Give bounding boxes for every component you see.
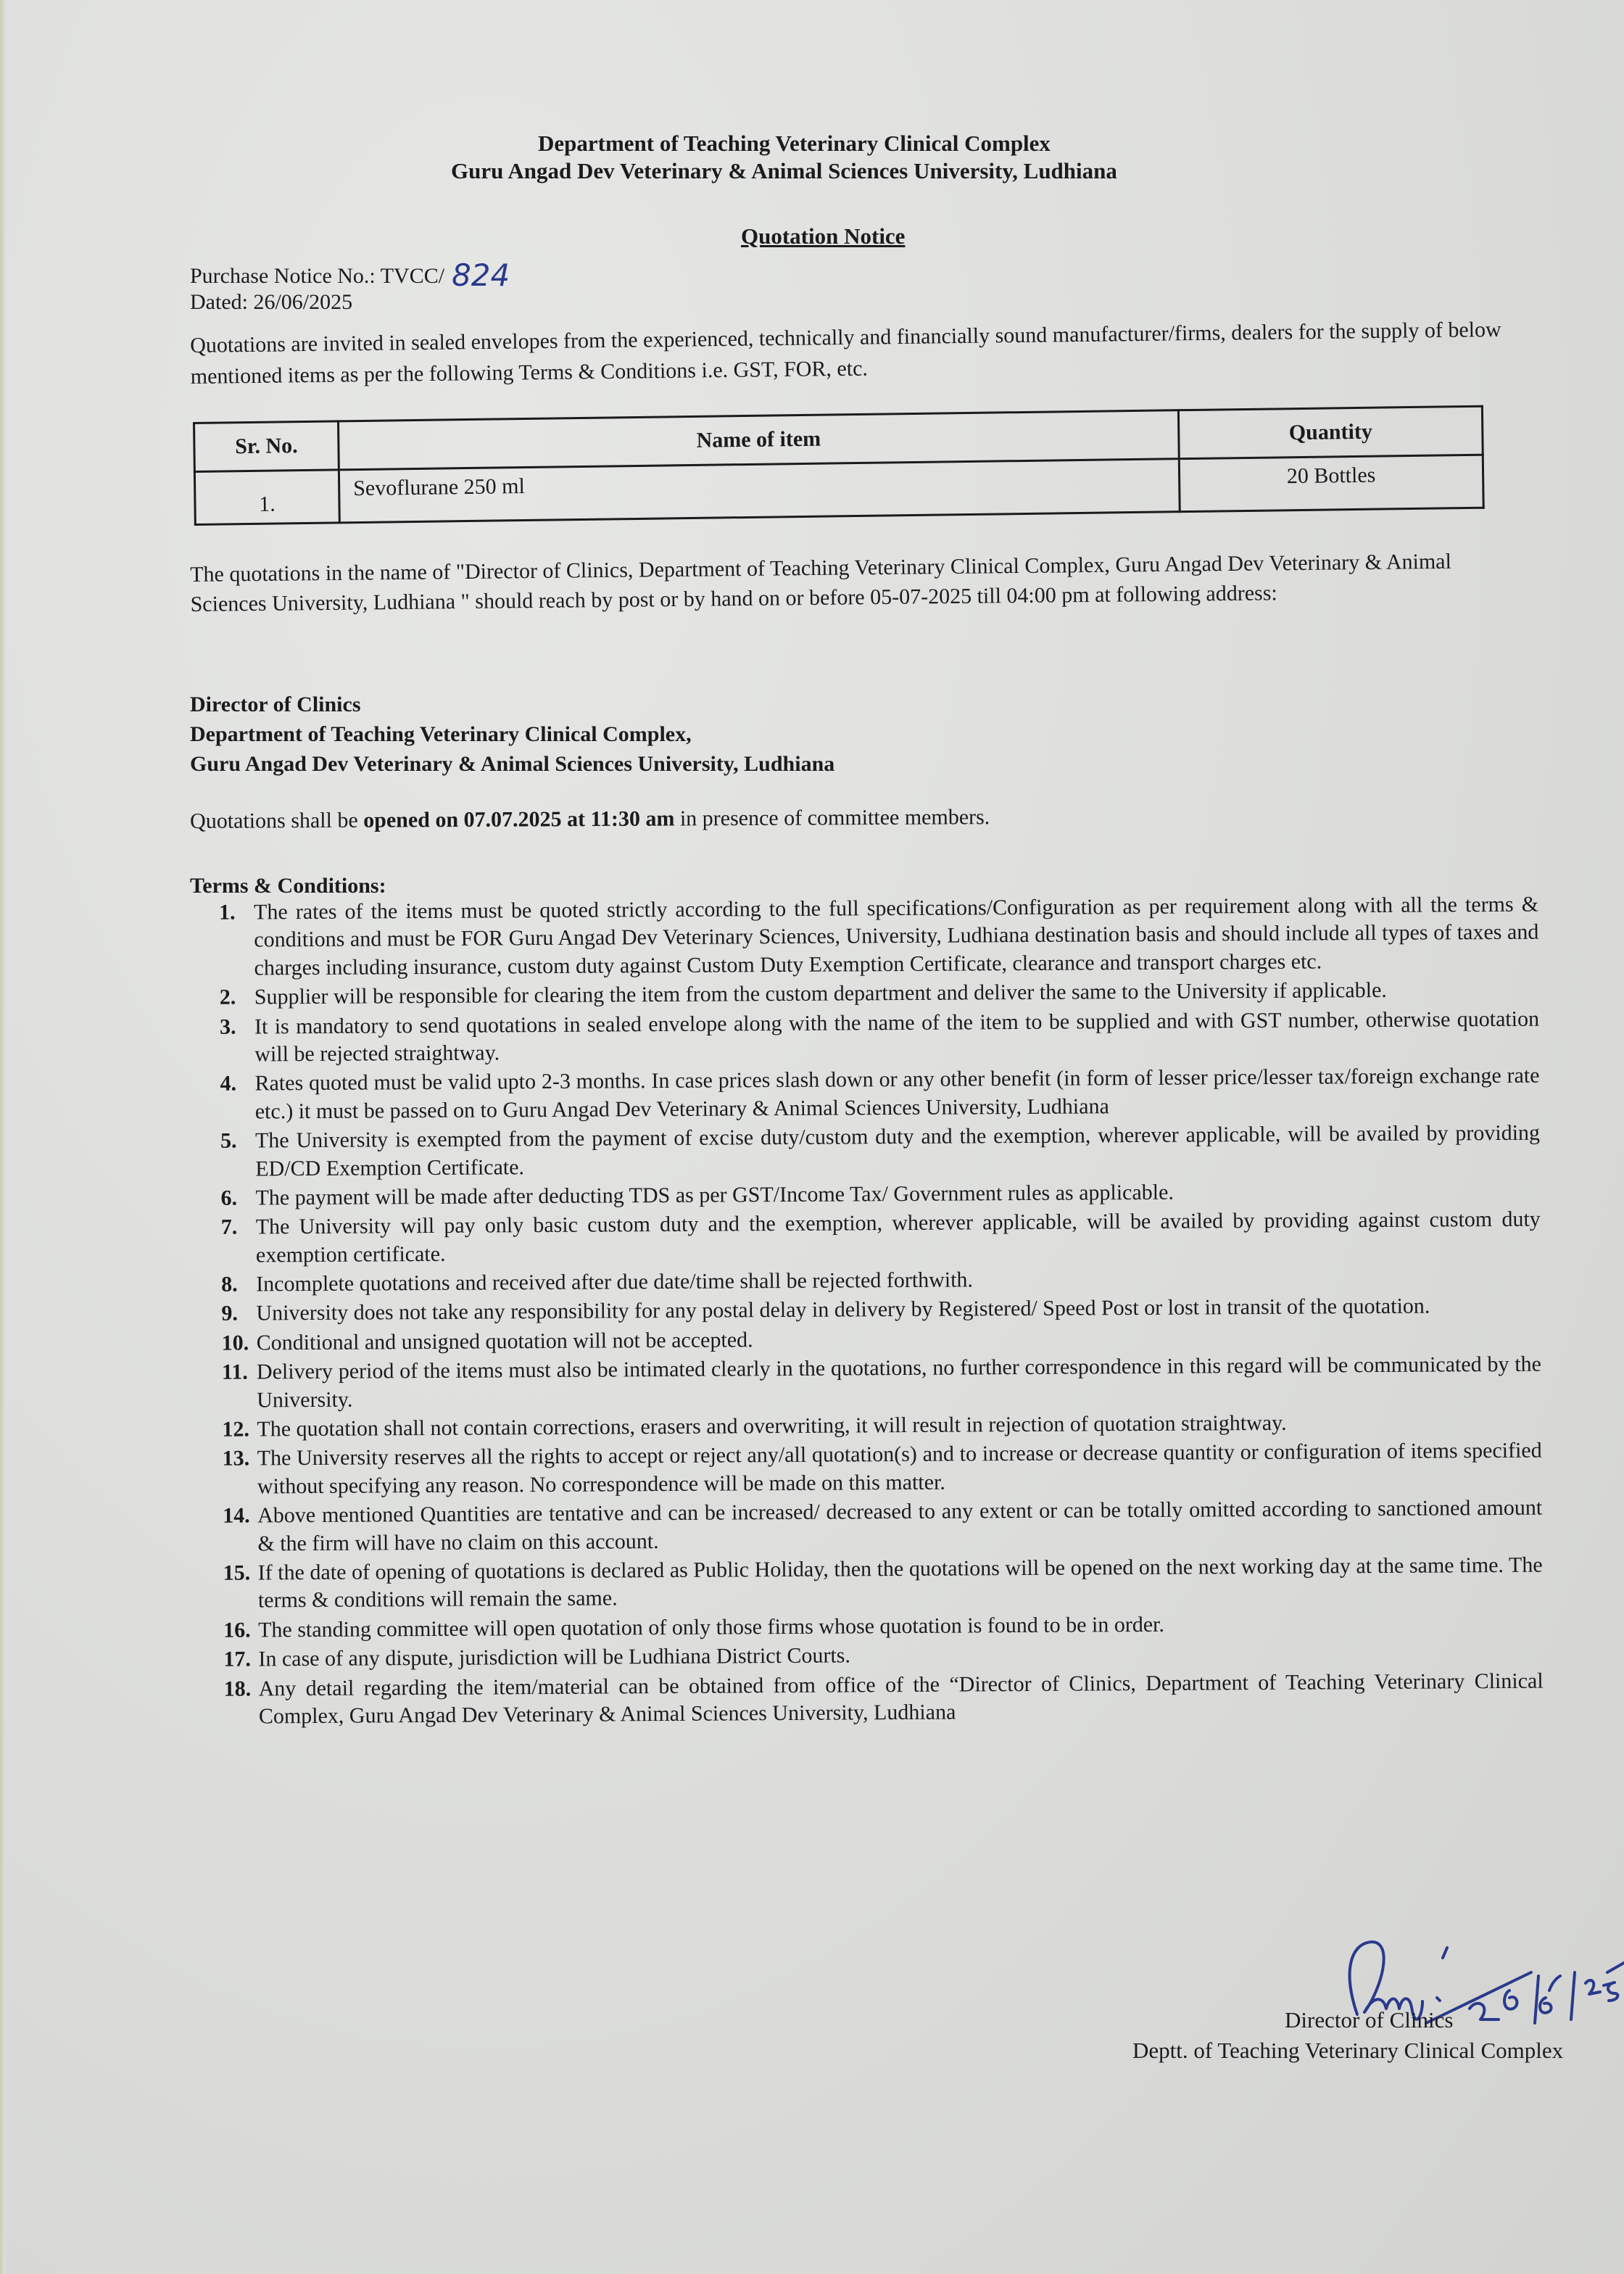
term-item: 18.Any detail regarding the item/materia…: [224, 1667, 1544, 1731]
term-text: Delivery period of the items must also b…: [257, 1352, 1541, 1412]
opening-suffix: in presence of committee members.: [674, 805, 990, 830]
term-number: 11.: [222, 1359, 248, 1387]
term-number: 9.: [221, 1300, 238, 1328]
page-title: Quotation Notice: [741, 223, 905, 249]
term-text: The payment will be made after deducting…: [255, 1181, 1174, 1210]
col-sr-no: Sr. No.: [194, 421, 339, 472]
cell-quantity: 20 Bottles: [1179, 455, 1483, 511]
term-item: 13.The University reserves all the right…: [223, 1437, 1542, 1501]
signatory-department: Deptt. of Teaching Veterinary Clinical C…: [1132, 2038, 1563, 2064]
university-heading: Guru Angad Dev Veterinary & Animal Scien…: [451, 158, 1117, 184]
opening-date-time: opened on 07.07.2025 at 11:30 am: [363, 807, 674, 832]
term-text: If the date of opening of quotations is …: [258, 1553, 1543, 1613]
purchase-notice-number: Purchase Notice No.: TVCC/824: [190, 257, 510, 293]
term-item: 14.Above mentioned Quantities are tentat…: [223, 1494, 1542, 1558]
term-text: The University will pay only basic custo…: [256, 1207, 1541, 1267]
signatory-role: Director of Clinics: [1285, 2007, 1453, 2033]
term-text: The rates of the items must be quoted st…: [254, 893, 1538, 980]
term-text: In case of any dispute, jurisdiction wil…: [258, 1644, 850, 1671]
paper-document: Department of Teaching Veterinary Clinic…: [0, 0, 1624, 2274]
term-number: 3.: [220, 1013, 236, 1041]
terms-list: 1.The rates of the items must be quoted …: [190, 891, 1544, 1733]
term-text: Any detail regarding the item/material c…: [259, 1669, 1544, 1728]
term-number: 12.: [222, 1416, 249, 1444]
address-line: Guru Angad Dev Veterinary & Animal Scien…: [190, 750, 1509, 780]
opening-prefix: Quotations shall be: [190, 809, 363, 833]
term-number: 10.: [222, 1329, 249, 1357]
term-item: 7.The University will pay only basic cus…: [221, 1206, 1541, 1270]
terms-heading: Terms & Conditions:: [190, 874, 386, 898]
col-quantity: Quantity: [1178, 406, 1483, 458]
term-number: 13.: [223, 1445, 250, 1473]
term-item: 1.The rates of the items must be quoted …: [219, 891, 1539, 983]
intro-paragraph: Quotations are invited in sealed envelop…: [190, 315, 1510, 392]
term-text: The standing committee will open quotati…: [258, 1613, 1164, 1642]
department-heading: Department of Teaching Veterinary Clinic…: [538, 131, 1051, 157]
address-line: Director of Clinics: [190, 690, 1509, 720]
term-text: Conditional and unsigned quotation will …: [257, 1328, 753, 1355]
term-number: 7.: [221, 1214, 238, 1242]
cell-item-name: Sevoflurane 250 ml: [339, 459, 1180, 523]
term-text: It is mandatory to send quotations in se…: [254, 1006, 1539, 1066]
term-text: Supplier will be responsible for clearin…: [254, 978, 1387, 1009]
term-number: 18.: [224, 1675, 252, 1703]
term-item: 11.Delivery period of the items must als…: [222, 1351, 1541, 1415]
term-number: 17.: [223, 1646, 251, 1674]
term-text: Rates quoted must be valid upto 2-3 mont…: [254, 1064, 1539, 1123]
term-text: Incomplete quotations and received after…: [256, 1268, 973, 1296]
term-item: 3.It is mandatory to send quotations in …: [220, 1005, 1539, 1069]
term-item: 5.The University is exempted from the pa…: [220, 1120, 1540, 1183]
deadline-paragraph: The quotations in the name of "Director …: [190, 546, 1510, 620]
address-line: Department of Teaching Veterinary Clinic…: [190, 720, 1509, 750]
purchase-notice-label: Purchase Notice No.: TVCC/: [190, 264, 444, 288]
notice-date: Dated: 26/06/2025: [190, 290, 352, 315]
term-number: 6.: [220, 1185, 237, 1213]
term-item: 4.Rates quoted must be valid upto 2-3 mo…: [220, 1062, 1539, 1126]
term-number: 1.: [219, 899, 236, 927]
opening-statement: Quotations shall be opened on 07.07.2025…: [190, 799, 1509, 836]
items-table: Sr. No. Name of item Quantity 1. Sevoflu…: [193, 405, 1485, 526]
paper-edge: [0, 0, 6, 2274]
term-text: The University reserves all the rights t…: [257, 1439, 1542, 1498]
term-number: 16.: [223, 1616, 251, 1645]
term-text: The quotation shall not contain correcti…: [257, 1411, 1286, 1442]
term-number: 5.: [220, 1128, 237, 1156]
signature-block: Director of Clinics Deptt. of Teaching V…: [1132, 1929, 1624, 2088]
term-number: 14.: [223, 1502, 250, 1531]
term-item: 15.If the date of opening of quotations …: [223, 1552, 1543, 1616]
term-text: Above mentioned Quantities are tentative…: [257, 1496, 1542, 1555]
term-number: 8.: [221, 1271, 238, 1299]
submission-address: Director of Clinics Department of Teachi…: [190, 690, 1509, 779]
term-number: 15.: [223, 1559, 251, 1587]
term-number: 4.: [220, 1070, 236, 1099]
cell-sr-no: 1.: [194, 470, 339, 525]
term-text: The University is exempted from the paym…: [255, 1121, 1540, 1181]
term-number: 2.: [220, 984, 236, 1012]
handwritten-notice-number: 824: [452, 257, 510, 293]
term-text: University does not take any responsibil…: [256, 1294, 1430, 1326]
